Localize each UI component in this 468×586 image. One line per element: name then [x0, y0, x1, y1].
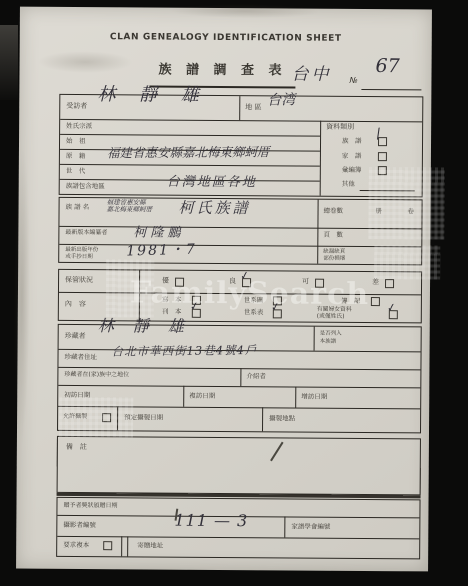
- listed-label-line1: 是否列入: [320, 331, 342, 337]
- stamp-watermark: [374, 245, 440, 279]
- paper-stain: [38, 51, 133, 74]
- collector-handwriting: 林 靜 雄: [98, 318, 191, 335]
- origin-label: 原 籍: [66, 153, 86, 160]
- genealogy-name-label: 族 譜 名: [66, 204, 90, 211]
- remarks-label: 備 註: [66, 444, 87, 452]
- collector-address-label: 珍藏者住址: [64, 354, 97, 361]
- condition-label: 保管狀況: [65, 277, 93, 285]
- missing-label-line1: 缺漏缺頁: [323, 249, 345, 255]
- city-handwriting: 台中: [291, 66, 331, 83]
- pub-year-label-line2: 或手抄日期: [65, 254, 93, 260]
- photographer-number-handwriting: 111 — 3: [174, 513, 248, 530]
- photographer-number-label: 攝影者編號: [63, 522, 96, 529]
- stamp-watermark: [106, 259, 154, 317]
- scanned-microfilm-frame: CLAN GENEALOGY IDENTIFICATION SHEET 族 譜 …: [0, 0, 468, 586]
- remarks-slash-handwriting: [270, 442, 283, 461]
- surname-branch-label: 姓氏宗派: [66, 123, 92, 130]
- content-women-note: (或僅姓氏): [317, 314, 345, 321]
- stamp-watermark: [368, 167, 445, 240]
- zupu-checkmark: ∕: [375, 126, 382, 143]
- first-ancestor-label: 始 祖: [66, 138, 86, 145]
- society-number-label: 家譜學會編號: [291, 523, 330, 530]
- coverage-handwriting: 台灣地區各地: [167, 176, 257, 190]
- women-data-checkmark: ✓: [386, 300, 397, 314]
- mailing-address-label: 寄贈地址: [137, 542, 163, 549]
- region-handwriting: 台湾: [267, 93, 295, 108]
- added-visit-label: 增訪日期: [301, 394, 327, 401]
- english-title: CLAN GENEALOGY IDENTIFICATION SHEET: [20, 33, 432, 46]
- coverage-label: 族譜包含地區: [66, 183, 105, 190]
- content-label: 內 容: [65, 301, 86, 309]
- category-other-label: 其他: [342, 181, 355, 188]
- genealogy-form-paper: CLAN GENEALOGY IDENTIFICATION SHEET 族 譜 …: [16, 7, 432, 572]
- category-item-zupu: 族 譜: [342, 138, 362, 145]
- paper-stain: [170, 4, 320, 19]
- compiler-label: 最新版本編纂者: [65, 230, 107, 237]
- stamp-watermark: [59, 397, 133, 438]
- jiapu-checkbox: [378, 152, 387, 161]
- collector-label: 珍藏者: [65, 333, 86, 341]
- condition-poor: 差: [372, 279, 379, 287]
- number-underline: [361, 89, 421, 90]
- film-edge-streak: [0, 25, 18, 100]
- familysearch-watermark: FamilySearch: [130, 275, 369, 312]
- interviewee-handwriting: 林 靜 雄: [97, 86, 208, 105]
- pub-date-handwriting: 1981・7: [126, 243, 197, 259]
- revisit-label: 複訪日期: [189, 393, 215, 400]
- generations-label: 世 代: [66, 168, 86, 175]
- category-item-jiapu: 家 譜: [342, 153, 362, 160]
- no-label: №: [349, 77, 357, 86]
- filming-location-label: 攝製地點: [269, 415, 295, 422]
- pub-year-label-line1: 最新出版年份: [65, 247, 98, 253]
- paper-stain: [13, 147, 31, 447]
- interviewee-label: 受訪者: [66, 103, 87, 111]
- compiler-handwriting: 柯隆鵬: [133, 226, 184, 239]
- genealogy-title-handwriting: 柯氏族譜: [179, 201, 251, 217]
- collector-position-label: 珍藏者在(家)族中之地位: [64, 372, 129, 379]
- copy-request-checkbox: [103, 541, 112, 550]
- missing-label-line2: 部份損壞: [323, 256, 345, 262]
- genealogy-origin-note-handwriting: 福建省惠安縣嘉北梅東鄉蚵厝: [107, 199, 177, 213]
- copy-request-label: 要求複本: [63, 542, 89, 549]
- origin-handwriting: 福建省惠安縣嘉北梅東鄉蚵厝: [107, 146, 270, 160]
- award-date-label: 贈予者獎狀頒贈日期: [63, 503, 117, 510]
- collector-address-handwriting: 台北市華西街13巷4號4戶: [112, 345, 258, 358]
- category-header: 資料類別: [326, 124, 354, 132]
- pages-label: 頁 數: [323, 232, 343, 239]
- chinese-title: 族 譜 調 查 表: [151, 63, 293, 78]
- poor-checkbox: [385, 279, 394, 288]
- region-label: 地 區: [245, 104, 261, 112]
- remarks-box: 備 註: [57, 436, 421, 496]
- listed-label-line2: 本族譜: [320, 339, 337, 345]
- sheet-number-handwriting: 67: [375, 57, 399, 76]
- total-volumes-label: 總卷數: [324, 208, 344, 215]
- biography-checkbox: [371, 297, 380, 306]
- introducer-label: 介紹者: [246, 373, 266, 380]
- category-item-compiled: 彙編簿: [342, 167, 362, 174]
